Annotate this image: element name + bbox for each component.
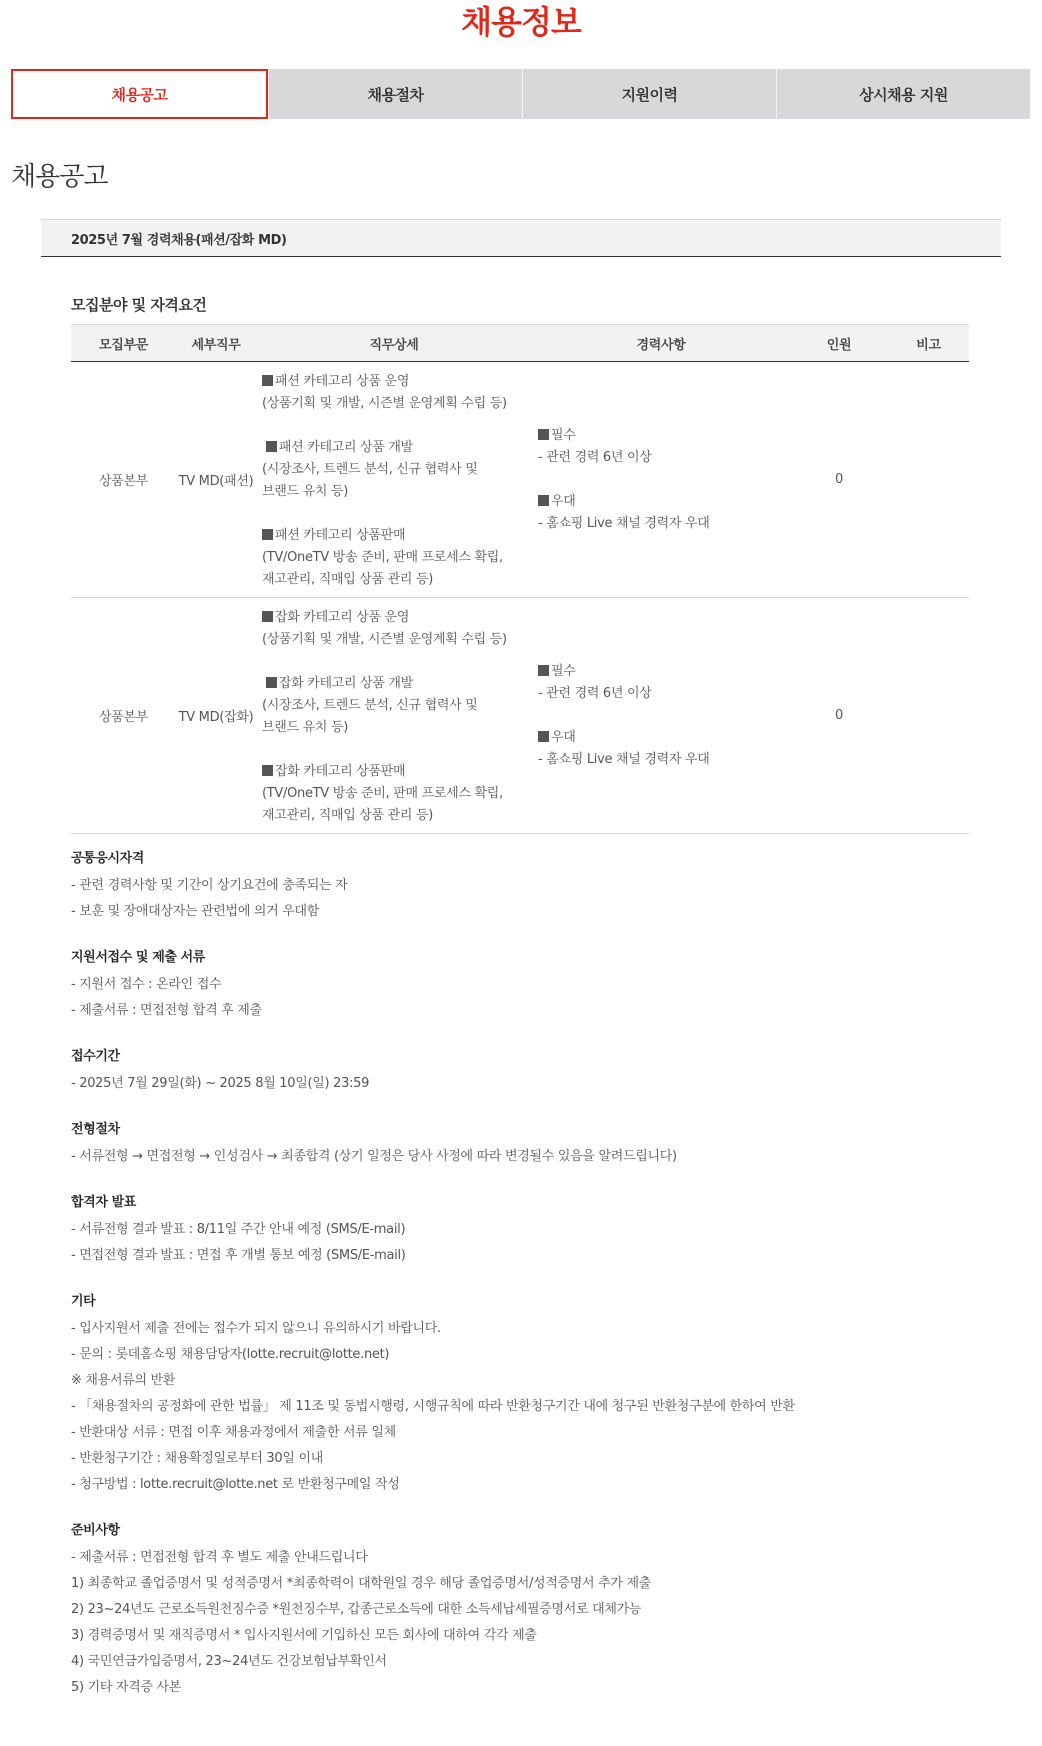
detail-body: 브랜드 유치 등) bbox=[262, 481, 532, 503]
col-headcount: 인원 bbox=[790, 325, 888, 362]
col-experience: 경력사항 bbox=[532, 325, 790, 362]
cell-experience: 필수 - 관련 경력 6년 이상 우대 - 홈쇼핑 Live 채널 경력자 우대 bbox=[532, 362, 790, 598]
posting-title: 2025년 7월 경력채용(패션/잡화 MD) bbox=[41, 219, 1001, 257]
info-title: 기타 bbox=[71, 1291, 969, 1313]
square-bullet-icon bbox=[266, 677, 277, 688]
info-title: 준비사항 bbox=[71, 1520, 969, 1542]
info-line: 2) 23~24년도 근로소득원천징수증 *원천징수부, 갑종근로소득에 대한 … bbox=[71, 1597, 969, 1623]
detail-block: 패션 카테고리 상품 개발 (시장조사, 트렌드 분석, 신규 협력사 및 브랜… bbox=[262, 437, 532, 503]
info-title: 지원서접수 및 제출 서류 bbox=[71, 947, 969, 969]
info-title: 접수기간 bbox=[71, 1046, 969, 1068]
detail-body: 브랜드 유치 등) bbox=[262, 717, 532, 739]
preferred-text: - 홈쇼핑 Live 채널 경력자 우대 bbox=[538, 513, 790, 535]
required-label: 필수 bbox=[551, 428, 576, 443]
info-line: - 지원서 접수 : 온라인 접수 bbox=[71, 972, 969, 998]
col-detail: 직무상세 bbox=[256, 325, 532, 362]
required-text: - 관련 경력 6년 이상 bbox=[538, 447, 790, 469]
detail-block: 잡화 카테고리 상품 운영 (상품기획 및 개발, 시즌별 운영계획 수립 등) bbox=[262, 607, 532, 651]
cell-headcount: 0 bbox=[790, 362, 888, 598]
square-bullet-icon bbox=[538, 665, 549, 676]
detail-body: (상품기획 및 개발, 시즌별 운영계획 수립 등) bbox=[262, 629, 532, 651]
detail-head: 패션 카테고리 상품판매 bbox=[275, 528, 405, 543]
preferred-label: 우대 bbox=[551, 730, 576, 745]
fields-title: 모집분야 및 자격요건 bbox=[71, 294, 969, 315]
info-line: - 보훈 및 장애대상자는 관련법에 의거 우대함 bbox=[71, 899, 969, 925]
info-line: 4) 국민연금가입증명서, 23~24년도 건강보험납부확인서 bbox=[71, 1649, 969, 1675]
info-line: - 반환청구기간 : 채용확정일로부터 30일 이내 bbox=[71, 1446, 969, 1472]
cell-detail: 잡화 카테고리 상품 운영 (상품기획 및 개발, 시즌별 운영계획 수립 등)… bbox=[256, 598, 532, 834]
square-bullet-icon bbox=[262, 765, 273, 776]
detail-head: 잡화 카테고리 상품 개발 bbox=[279, 676, 413, 691]
info-line: - 제출서류 : 면접전형 합격 후 별도 제출 안내드립니다 bbox=[71, 1545, 969, 1571]
cell-role: TV MD(잡화) bbox=[176, 598, 256, 834]
info-line: - 반환대상 서류 : 면접 이후 채용과정에서 제출한 서류 일체 bbox=[71, 1420, 969, 1446]
info-title: 합격자 발표 bbox=[71, 1192, 969, 1214]
detail-head: 패션 카테고리 상품 개발 bbox=[279, 440, 413, 455]
info-line: - 면접전형 결과 발표 : 면접 후 개별 통보 예정 (SMS/E-mail… bbox=[71, 1243, 969, 1269]
detail-body: (상품기획 및 개발, 시즌별 운영계획 수립 등) bbox=[262, 393, 532, 415]
square-bullet-icon bbox=[538, 731, 549, 742]
info-line: 3) 경력증명서 및 재직증명서 * 입사지원서에 기입하신 모든 회사에 대하… bbox=[71, 1623, 969, 1649]
required-label: 필수 bbox=[551, 664, 576, 679]
table-row: 상품본부 TV MD(패션) 패션 카테고리 상품 운영 (상품기획 및 개발,… bbox=[71, 362, 969, 598]
detail-head: 잡화 카테고리 상품판매 bbox=[275, 764, 405, 779]
square-bullet-icon bbox=[266, 441, 277, 452]
square-bullet-icon bbox=[538, 429, 549, 440]
info-line: - 입사지원서 제출 전에는 접수가 되지 않으니 유의하시기 바랍니다. bbox=[71, 1316, 969, 1342]
detail-body: (시장조사, 트렌드 분석, 신규 협력사 및 bbox=[262, 459, 532, 481]
info-line: - 제출서류 : 면접전형 합격 후 제출 bbox=[71, 998, 969, 1024]
col-role: 세부직무 bbox=[176, 325, 256, 362]
page-title: 채용정보 bbox=[0, 0, 1042, 44]
table-row: 상품본부 TV MD(잡화) 잡화 카테고리 상품 운영 (상품기획 및 개발,… bbox=[71, 598, 969, 834]
detail-block: 잡화 카테고리 상품판매 (TV/OneTV 방송 준비, 판매 프로세스 확립… bbox=[262, 761, 532, 827]
detail-block: 잡화 카테고리 상품 개발 (시장조사, 트렌드 분석, 신규 협력사 및 브랜… bbox=[262, 673, 532, 739]
info-title: 공통응시자격 bbox=[71, 848, 969, 870]
recruit-tabs: 채용공고 채용절차 지원이력 상시채용 지원 bbox=[11, 69, 1030, 119]
detail-body: 재고관리, 직매입 상품 관리 등) bbox=[262, 805, 532, 827]
cell-note bbox=[888, 598, 969, 834]
tab-open-recruit-apply[interactable]: 상시채용 지원 bbox=[776, 69, 1030, 119]
info-result-announcement: 합격자 발표 - 서류전형 결과 발표 : 8/11일 주간 안내 예정 (SM… bbox=[71, 1192, 969, 1269]
square-bullet-icon bbox=[262, 529, 273, 540]
detail-body: (TV/OneTV 방송 준비, 판매 프로세스 확립, bbox=[262, 547, 532, 569]
tab-application-history[interactable]: 지원이력 bbox=[522, 69, 776, 119]
info-line: 5) 기타 자격증 사본 bbox=[71, 1675, 969, 1701]
info-line: - 청구방법 : lotte.recruit@lotte.net 로 반환청구메… bbox=[71, 1472, 969, 1498]
cell-dept: 상품본부 bbox=[71, 362, 176, 598]
preferred-label: 우대 bbox=[551, 494, 576, 509]
info-line: - 관련 경력사항 및 기간이 상기요건에 충족되는 자 bbox=[71, 873, 969, 899]
info-line: - 서류전형 → 면접전형 → 인성검사 → 최종합격 (상기 일정은 당사 사… bbox=[71, 1144, 969, 1170]
info-line: - 서류전형 결과 발표 : 8/11일 주간 안내 예정 (SMS/E-mai… bbox=[71, 1217, 969, 1243]
tab-recruit-process[interactable]: 채용절차 bbox=[268, 69, 522, 119]
cell-experience: 필수 - 관련 경력 6년 이상 우대 - 홈쇼핑 Live 채널 경력자 우대 bbox=[532, 598, 790, 834]
detail-head: 패션 카테고리 상품 운영 bbox=[275, 374, 409, 389]
cell-role: TV MD(패션) bbox=[176, 362, 256, 598]
square-bullet-icon bbox=[538, 495, 549, 506]
detail-block: 패션 카테고리 상품 운영 (상품기획 및 개발, 시즌별 운영계획 수립 등) bbox=[262, 371, 532, 415]
detail-body: (시장조사, 트렌드 분석, 신규 협력사 및 bbox=[262, 695, 532, 717]
posting-info: 공통응시자격 - 관련 경력사항 및 기간이 상기요건에 충족되는 자 - 보훈… bbox=[71, 848, 969, 1701]
tab-job-postings[interactable]: 채용공고 bbox=[11, 69, 268, 119]
info-common-qualification: 공통응시자격 - 관련 경력사항 및 기간이 상기요건에 충족되는 자 - 보훈… bbox=[71, 848, 969, 925]
detail-body: 재고관리, 직매입 상품 관리 등) bbox=[262, 569, 532, 591]
table-header-row: 모집부문 세부직무 직무상세 경력사항 인원 비고 bbox=[71, 325, 969, 362]
info-application-documents: 지원서접수 및 제출 서류 - 지원서 접수 : 온라인 접수 - 제출서류 :… bbox=[71, 947, 969, 1024]
section-title: 채용공고 bbox=[11, 156, 107, 193]
preferred-text: - 홈쇼핑 Live 채널 경력자 우대 bbox=[538, 749, 790, 771]
square-bullet-icon bbox=[262, 375, 273, 386]
detail-block: 패션 카테고리 상품판매 (TV/OneTV 방송 준비, 판매 프로세스 확립… bbox=[262, 525, 532, 591]
posting-content: 모집분야 및 자격요건 모집부문 세부직무 직무상세 경력사항 인원 비고 상품… bbox=[71, 294, 969, 1723]
info-line: ※ 채용서류의 반환 bbox=[71, 1368, 969, 1394]
info-title: 전형절차 bbox=[71, 1119, 969, 1141]
detail-body: (TV/OneTV 방송 준비, 판매 프로세스 확립, bbox=[262, 783, 532, 805]
col-dept: 모집부문 bbox=[71, 325, 176, 362]
square-bullet-icon bbox=[262, 611, 273, 622]
info-line: - 2025년 7월 29일(화) ~ 2025 8월 10일(일) 23:59 bbox=[71, 1071, 969, 1097]
contact-email-line: - 문의 : 롯데홈쇼핑 채용담당자(lotte.recruit@lotte.n… bbox=[71, 1342, 969, 1368]
detail-head: 잡화 카테고리 상품 운영 bbox=[275, 610, 409, 625]
job-table: 모집부문 세부직무 직무상세 경력사항 인원 비고 상품본부 TV MD(패션)… bbox=[71, 324, 969, 834]
info-selection-process: 전형절차 - 서류전형 → 면접전형 → 인성검사 → 최종합격 (상기 일정은… bbox=[71, 1119, 969, 1170]
required-text: - 관련 경력 6년 이상 bbox=[538, 683, 790, 705]
info-line: 1) 최종학교 졸업증명서 및 성적증명서 *최종학력이 대학원일 경우 해당 … bbox=[71, 1571, 969, 1597]
cell-headcount: 0 bbox=[790, 598, 888, 834]
info-preparation: 준비사항 - 제출서류 : 면접전형 합격 후 별도 제출 안내드립니다 1) … bbox=[71, 1520, 969, 1701]
cell-dept: 상품본부 bbox=[71, 598, 176, 834]
info-line: - 「채용절차의 공정화에 관한 법률」 제 11조 및 동법시행령, 시행규칙… bbox=[71, 1394, 969, 1420]
col-note: 비고 bbox=[888, 325, 969, 362]
cell-note bbox=[888, 362, 969, 598]
info-application-period: 접수기간 - 2025년 7월 29일(화) ~ 2025 8월 10일(일) … bbox=[71, 1046, 969, 1097]
info-etc: 기타 - 입사지원서 제출 전에는 접수가 되지 않으니 유의하시기 바랍니다.… bbox=[71, 1291, 969, 1498]
cell-detail: 패션 카테고리 상품 운영 (상품기획 및 개발, 시즌별 운영계획 수립 등)… bbox=[256, 362, 532, 598]
